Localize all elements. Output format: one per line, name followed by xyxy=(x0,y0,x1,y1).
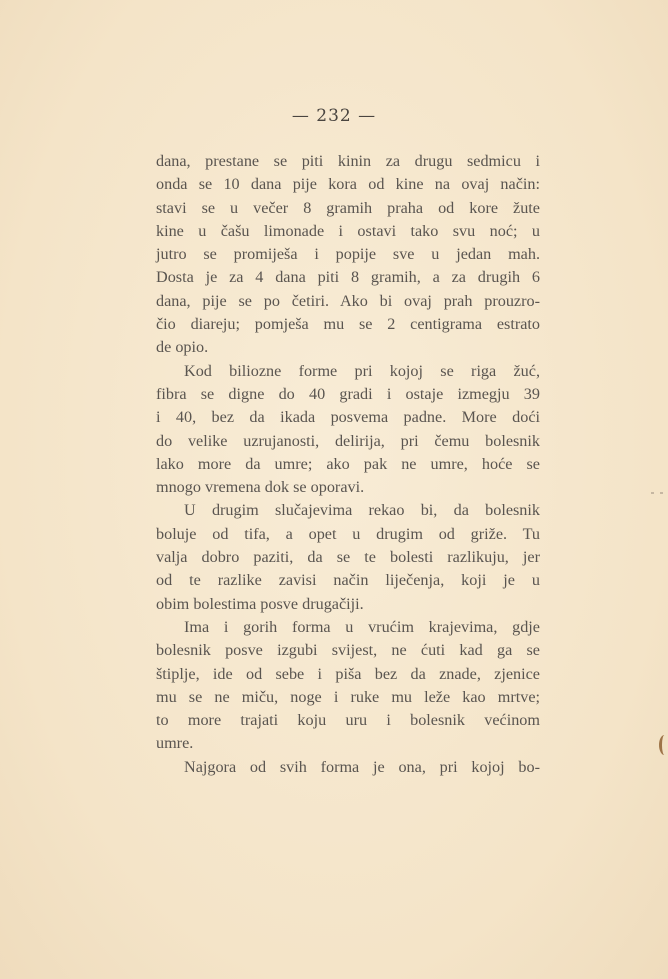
text-line: dana, prestane se piti kinin za drugu se… xyxy=(156,150,540,173)
text-line: de opio. xyxy=(156,336,540,359)
text-line: dana, pije se po četiri. Ako bi ovaj pra… xyxy=(156,290,540,313)
text-line: stavi se u večer 8 gramih praha od kore … xyxy=(156,197,540,220)
text-line: boluje od tifa, a opet u drugim od griže… xyxy=(156,523,540,546)
text-line: to more trajati koju uru i bolesnik veći… xyxy=(156,709,540,732)
page-edge-stain xyxy=(659,735,668,755)
text-line: bolesnik posve izgubi svijest, ne ćuti k… xyxy=(156,639,540,662)
text-line: od te razlike zavisi način liječenja, ko… xyxy=(156,569,540,592)
scanned-book-page: — 232 — dana, prestane se piti kinin za … xyxy=(0,0,668,979)
text-line: onda se 10 dana pije kora od kine na ova… xyxy=(156,173,540,196)
text-line: jutro se promiješa i popije sve u jedan … xyxy=(156,243,540,266)
text-line: čio diareju; pomješa mu se 2 centigrama … xyxy=(156,313,540,336)
body-text: dana, prestane se piti kinin za drugu se… xyxy=(156,150,540,779)
text-line: obim bolestima posve drugačiji. xyxy=(156,593,540,616)
text-line: valja dobro paziti, da se te bolesti raz… xyxy=(156,546,540,569)
page-number: — 232 — xyxy=(0,106,668,126)
text-line: lako more da umre; ako pak ne umre, hoće… xyxy=(156,453,540,476)
text-line: umre. xyxy=(156,732,540,755)
paper-speck xyxy=(651,492,654,494)
text-line: kine u čašu limonade i ostavi tako svu n… xyxy=(156,220,540,243)
text-line: mu se ne miču, noge i ruke mu leže kao m… xyxy=(156,686,540,709)
text-line: Kod biliozne forme pri kojoj se riga žuć… xyxy=(156,360,540,383)
text-line: Ima i gorih forma u vrućim krajevima, gd… xyxy=(156,616,540,639)
text-line: Najgora od svih forma je ona, pri kojoj … xyxy=(156,756,540,779)
text-line: U drugim slučajevima rekao bi, da bolesn… xyxy=(156,499,540,522)
text-line: štiplje, ide od sebe i piša bez da znade… xyxy=(156,663,540,686)
text-line: fibra se digne do 40 gradi i ostaje izme… xyxy=(156,383,540,406)
text-line: Dosta je za 4 dana piti 8 gramih, a za d… xyxy=(156,266,540,289)
paper-speck xyxy=(660,492,663,494)
text-line: do velike uzrujanosti, delirija, pri čem… xyxy=(156,430,540,453)
text-line: i 40, bez da ikada posvema padne. More d… xyxy=(156,406,540,429)
text-line: mnogo vremena dok se oporavi. xyxy=(156,476,540,499)
